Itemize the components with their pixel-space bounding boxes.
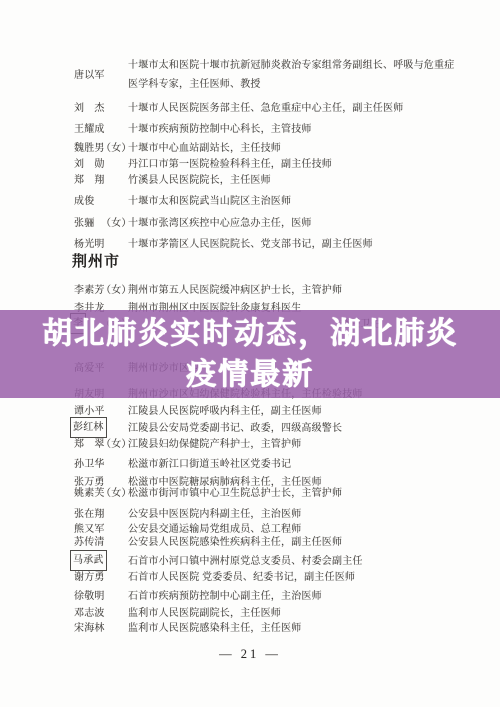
person-title-desc: 荆州市第五人民医院缓冲病区护士长，主管护师 xyxy=(128,281,456,300)
roster-row: 李素芳 （女） 荆州市第五人民医院缓冲病区护士长，主管护师 xyxy=(0,281,500,300)
roster-row: 郑 翔 竹溪县人民医院院长，主任医师 xyxy=(0,171,500,190)
person-name: 唐以军 xyxy=(74,66,105,85)
person-gender: （女） xyxy=(101,214,132,233)
person-title-desc: 十堰市人民医院医务部主任、急危重症中心主任，副主任医师 xyxy=(128,99,456,118)
person-title-desc: 松滋市街河市镇中心卫生院总护士长，主管护师 xyxy=(128,484,456,503)
person-title-desc: 十堰市张湾区疾控中心应急办主任，医师 xyxy=(128,214,456,233)
roster-row: 王耀成 十堰市疾病预防控制中心科长，主管技师 xyxy=(0,120,500,139)
page-number: — 21 — xyxy=(0,647,500,662)
person-title-desc: 十堰市太和医院十堰市抗新冠肺炎救治专家组常务副组长、呼吸与危重症医学科专家，主任… xyxy=(128,56,456,94)
roster-row: 唐以军 十堰市太和医院十堰市抗新冠肺炎救治专家组常务副组长、呼吸与危重症医学科专… xyxy=(0,56,500,94)
roster-row: 谢方勇 石首市人民医院 党委委员、纪委书记，副主任医师 xyxy=(0,568,500,587)
watermark-banner: 胡北肺炎实时动态，湖北肺炎 疫情最新 xyxy=(0,310,500,398)
roster-row: 郑 翠 （女） 江陵县妇幼保健院产科护士，主管护师 xyxy=(0,435,500,454)
scanned-document-page: 唐以军 十堰市太和医院十堰市抗新冠肺炎救治专家组常务副组长、呼吸与危重症医学科专… xyxy=(0,0,500,707)
banner-title-line1: 胡北肺炎实时动态，湖北肺炎 xyxy=(0,313,500,354)
person-title-desc: 竹溪县人民医院院长，主任医师 xyxy=(128,171,456,190)
person-name: 成俊 xyxy=(74,192,94,211)
person-title-desc: 十堰市茅箭区人民医院院长、党支部书记，副主任医师 xyxy=(128,235,456,254)
roster-row: 姚素芙 （女） 松滋市街河市镇中心卫生院总护士长，主管护师 xyxy=(0,484,500,503)
person-name: 孙卫华 xyxy=(74,455,105,474)
roster-row: 张骊 （女） 十堰市张湾区疾控中心应急办主任，医师 xyxy=(0,214,500,233)
person-gender: （女） xyxy=(101,281,132,300)
banner-title-line2: 疫情最新 xyxy=(0,354,500,395)
person-title-desc: 公安县人民医院感染性疾病科主任，副主任医师 xyxy=(128,533,456,552)
person-name: 宋海林 xyxy=(74,619,105,638)
person-name: 谢方勇 xyxy=(74,568,105,587)
roster-row: 孙卫华 松滋市新江口街道玉岭社区党委书记 xyxy=(0,455,500,474)
person-gender: （女） xyxy=(101,484,132,503)
person-name: 张骊 xyxy=(74,214,94,233)
person-title-desc: 监利市人民医院感染科主任，主任医师 xyxy=(128,619,456,638)
person-title-desc: 石首市人民医院 党委委员、纪委书记，副主任医师 xyxy=(128,568,456,587)
person-gender: （女） xyxy=(101,435,132,454)
roster-row: 宋海林 监利市人民医院感染科主任，主任医师 xyxy=(0,619,500,638)
person-name: 刘 杰 xyxy=(74,99,105,118)
person-title-desc: 江陵县妇幼保健院产科护士，主管护师 xyxy=(128,435,456,454)
roster-row: 成俊 十堰市太和医院武当山院区主治医师 xyxy=(0,192,500,211)
roster-row: 刘 杰 十堰市人民医院医务部主任、急危重症中心主任，副主任医师 xyxy=(0,99,500,118)
person-title-desc: 十堰市疾病预防控制中心科长，主管技师 xyxy=(128,120,456,139)
person-name: 王耀成 xyxy=(74,120,105,139)
person-title-desc: 松滋市新江口街道玉岭社区党委书记 xyxy=(128,455,456,474)
person-title-desc: 十堰市太和医院武当山院区主治医师 xyxy=(128,192,456,211)
city-section-header: 荆州市 xyxy=(72,250,120,271)
person-name: 郑 翔 xyxy=(74,171,105,190)
